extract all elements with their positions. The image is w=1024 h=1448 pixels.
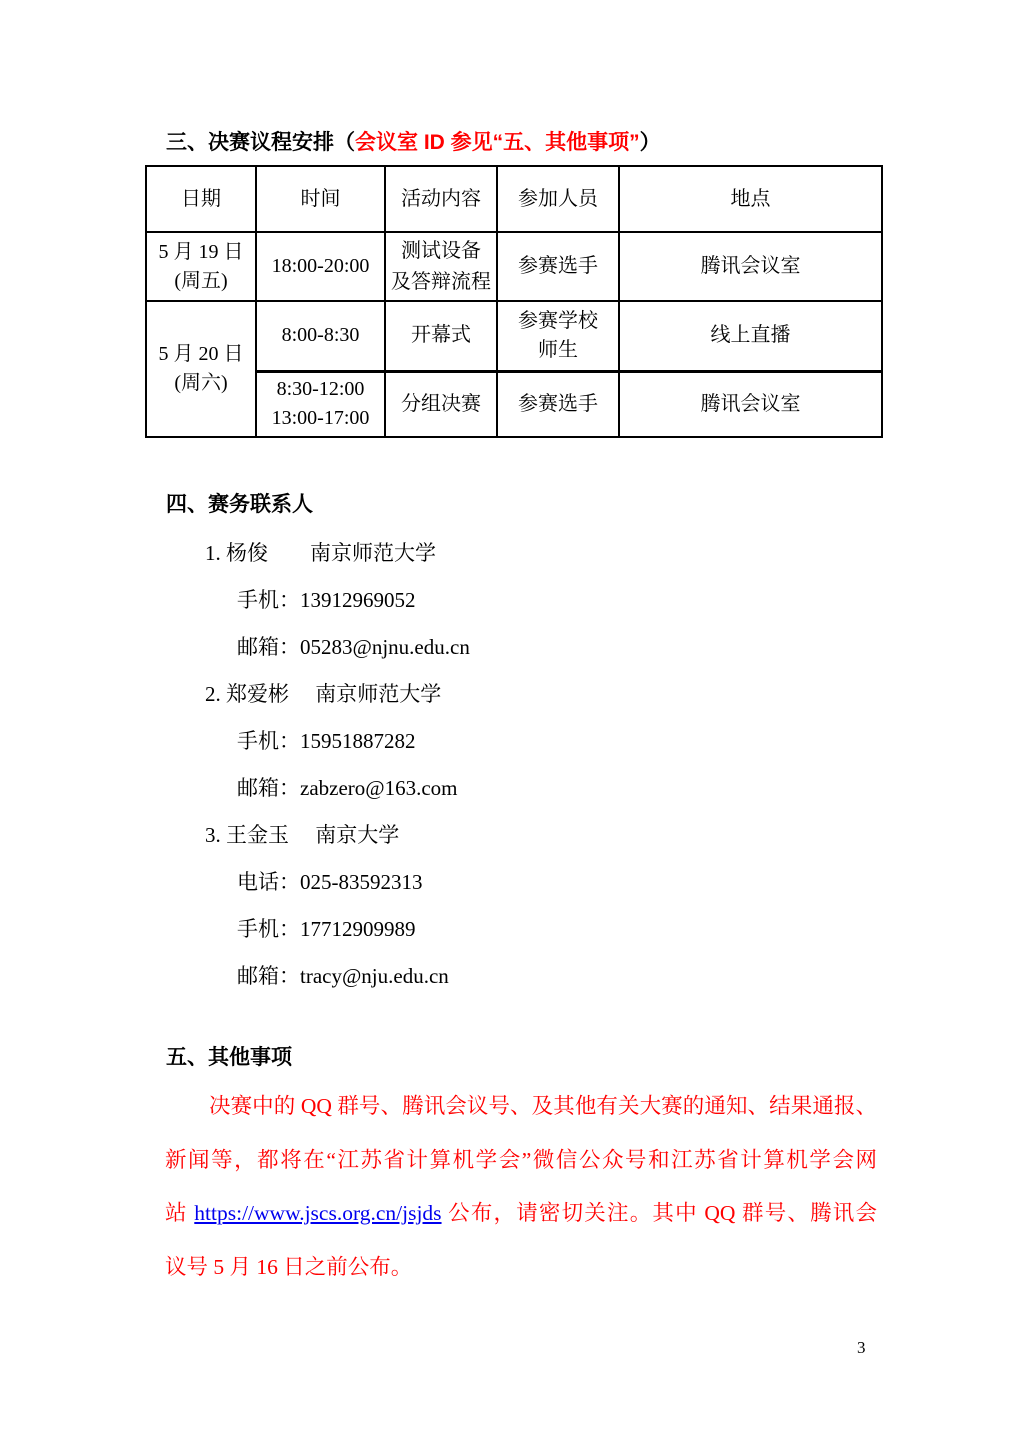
contact2-email: 邮箱：zabzero@163.com (145, 765, 885, 812)
contact-list: 1. 杨俊 南京师范大学 手机：13912969052 邮箱：05283@njn… (145, 530, 885, 1000)
notice-line-4: 议号 5 月 16 日之前公布。 (165, 1241, 877, 1295)
notice-line-1: 决赛中的 QQ 群号、腾讯会议号、及其他有关大赛的通知、结果通报、 (165, 1080, 877, 1134)
schedule-row-may20-final: 8:30-12:00 13:00-17:00 分组决赛 参赛选手 腾讯会议室 (146, 371, 882, 437)
cell-location-r3: 腾讯会议室 (619, 371, 882, 437)
cell-participants-r1: 参赛选手 (497, 232, 619, 301)
contact3-mobile: 手机：17712909989 (145, 906, 885, 953)
contact3-phone: 电话：025-83592313 (145, 859, 885, 906)
notice-line3-prefix: 站 (165, 1201, 194, 1225)
cell-date-may20: 5 月 20 日 (周六) (146, 301, 256, 437)
cell-activity-r1: 测试设备 及答辩流程 (385, 232, 497, 301)
notice-line-3: 站 https://www.jscs.org.cn/jsjds 公布，请密切关注… (165, 1187, 877, 1241)
cell-participants-r3: 参赛选手 (497, 371, 619, 437)
jscs-website-link[interactable]: https://www.jscs.org.cn/jsjds (194, 1201, 441, 1225)
section3-heading-prefix: 三、决赛议程安排（ (166, 131, 355, 154)
notice-paragraph: 决赛中的 QQ 群号、腾讯会议号、及其他有关大赛的通知、结果通报、 新闻等，都将… (165, 1080, 877, 1294)
cell-activity-r3: 分组决赛 (385, 371, 497, 437)
contact1-name: 1. 杨俊 南京师范大学 (145, 530, 885, 577)
contact1-email: 邮箱：05283@njnu.edu.cn (145, 624, 885, 671)
cell-time-r3: 8:30-12:00 13:00-17:00 (256, 371, 385, 437)
cell-activity-r2: 开幕式 (385, 301, 497, 371)
cell-location-r1: 腾讯会议室 (619, 232, 882, 301)
cell-time-r1: 18:00-20:00 (256, 232, 385, 301)
section4-heading: 四、赛务联系人 (166, 492, 313, 517)
col-header-time: 时间 (256, 166, 385, 232)
section5-heading: 五、其他事项 (166, 1045, 292, 1070)
col-header-activity: 活动内容 (385, 166, 497, 232)
contact2-name: 2. 郑爱彬 南京师范大学 (145, 671, 885, 718)
col-header-participants: 参加人员 (497, 166, 619, 232)
cell-participants-r2: 参赛学校 师生 (497, 301, 619, 371)
contact3-email: 邮箱：tracy@nju.edu.cn (145, 953, 885, 1000)
schedule-row-may20-opening: 5 月 20 日 (周六) 8:00-8:30 开幕式 参赛学校 师生 线上直播 (146, 301, 882, 371)
contact1-mobile: 手机：13912969052 (145, 577, 885, 624)
notice-line-2: 新闻等，都将在“江苏省计算机学会”微信公众号和江苏省计算机学会网 (165, 1134, 877, 1188)
notice-line3-suffix: 公布，请密切关注。其中 QQ 群号、腾讯会 (442, 1201, 877, 1225)
contact2-mobile: 手机：15951887282 (145, 718, 885, 765)
schedule-table: 日期 时间 活动内容 参加人员 地点 5 月 19 日 (周五) 18:00-2… (145, 165, 883, 438)
document-page: 三、决赛议程安排（会议室 ID 参见“五、其他事项”） 日期 时间 活动内容 参… (0, 0, 1024, 1448)
cell-date-may19: 5 月 19 日 (周五) (146, 232, 256, 301)
schedule-row-may19: 5 月 19 日 (周五) 18:00-20:00 测试设备 及答辩流程 参赛选… (146, 232, 882, 301)
section3-heading-red-note: 会议室 ID 参见“五、其他事项” (355, 131, 640, 154)
contact3-name: 3. 王金玉 南京大学 (145, 812, 885, 859)
section3-heading: 三、决赛议程安排（会议室 ID 参见“五、其他事项”） (166, 130, 661, 155)
col-header-date: 日期 (146, 166, 256, 232)
cell-location-r2: 线上直播 (619, 301, 882, 371)
schedule-header-row: 日期 时间 活动内容 参加人员 地点 (146, 166, 882, 232)
page-number: 3 (857, 1338, 866, 1358)
section3-heading-suffix: ） (640, 131, 661, 154)
cell-time-r2: 8:00-8:30 (256, 301, 385, 371)
col-header-location: 地点 (619, 166, 882, 232)
